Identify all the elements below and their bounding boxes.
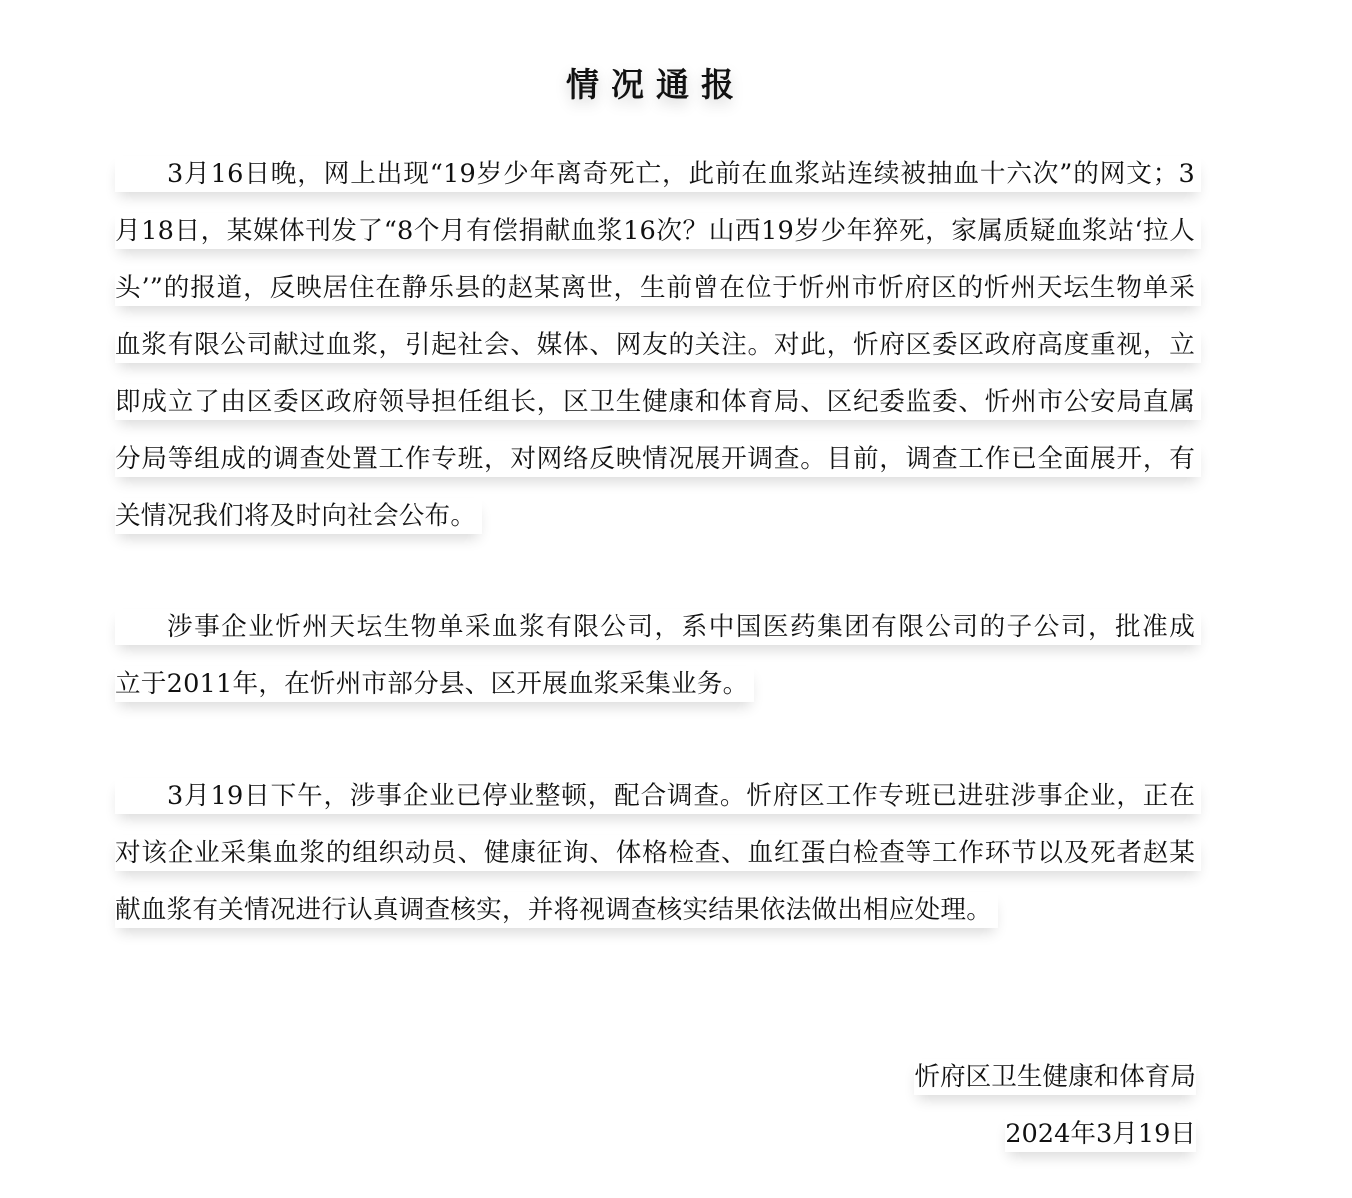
text-line: 3月19日下午，涉事企业已停业整顿，配合调查。忻府区工作专班已进驻涉事企业，正在 xyxy=(115,768,1200,825)
paragraph-1: 3月16日晚，网上出现“19岁少年离奇死亡，此前在血浆站连续被抽血十六次”的网文… xyxy=(115,146,1200,545)
text-line: 血浆有限公司献过血浆，引起社会、媒体、网友的关注。对此，忻府区委区政府高度重视，… xyxy=(115,317,1200,374)
text-line: 关情况我们将及时向社会公布。 xyxy=(115,488,1200,545)
text-line: 立于2011年，在忻州市部分县、区开展血浆采集业务。 xyxy=(115,656,1200,713)
text-line: 即成立了由区委区政府领导担任组长，区卫生健康和体育局、区纪委监委、忻州市公安局直… xyxy=(115,374,1200,431)
paragraph-2: 涉事企业忻州天坛生物单采血浆有限公司，系中国医药集团有限公司的子公司，批准成 立… xyxy=(115,599,1200,713)
signature-organization: 忻府区卫生健康和体育局 xyxy=(914,1059,1196,1095)
text-line: 对该企业采集血浆的组织动员、健康征询、体格检查、血红蛋白检查等工作环节以及死者赵… xyxy=(115,825,1200,882)
text-line: 3月16日晚，网上出现“19岁少年离奇死亡，此前在血浆站连续被抽血十六次”的网文… xyxy=(115,146,1200,203)
signature-date: 2024年3月19日 xyxy=(1005,1116,1196,1152)
document-title: 情况通报 xyxy=(0,60,1312,110)
text-line: 头’”的报道，反映居住在静乐县的赵某离世，生前曾在位于忻州市忻府区的忻州天坛生物… xyxy=(115,260,1200,317)
text-line: 涉事企业忻州天坛生物单采血浆有限公司，系中国医药集团有限公司的子公司，批准成 xyxy=(115,599,1200,656)
text-line: 月18日，某媒体刊发了“8个月有偿捐献血浆16次？山西19岁少年猝死，家属质疑血… xyxy=(115,203,1200,260)
paragraph-3: 3月19日下午，涉事企业已停业整顿，配合调查。忻府区工作专班已进驻涉事企业，正在… xyxy=(115,768,1200,939)
text-line: 分局等组成的调查处置工作专班，对网络反映情况展开调查。目前，调查工作已全面展开，… xyxy=(115,431,1200,488)
text-line: 献血浆有关情况进行认真调查核实，并将视调查核实结果依法做出相应处理。 xyxy=(115,882,1200,939)
